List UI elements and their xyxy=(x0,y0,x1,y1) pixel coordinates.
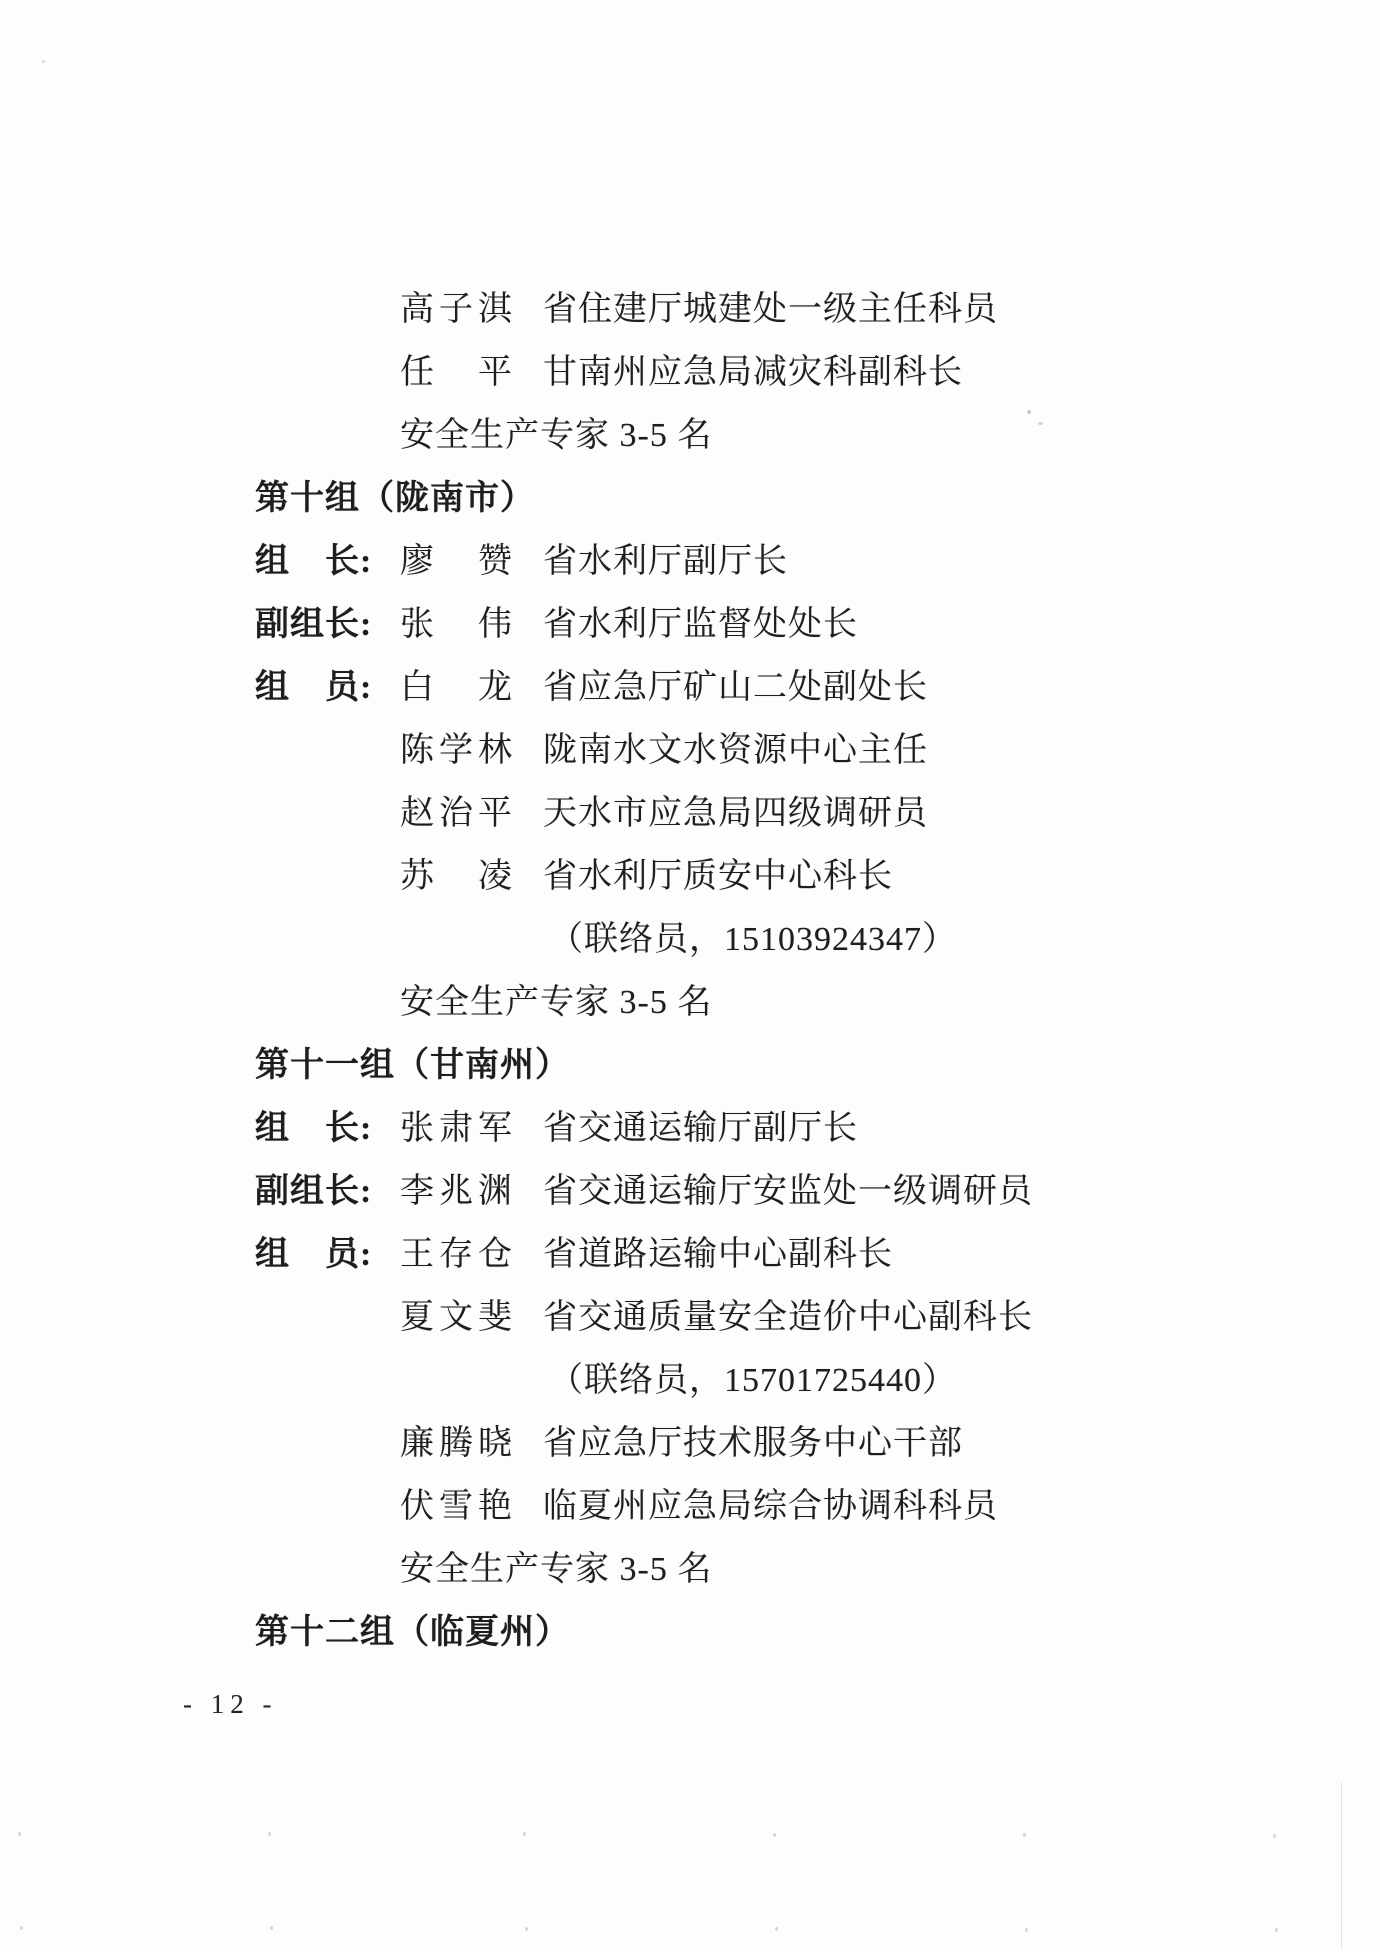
member-line: 赵治平 天水市应急局四级调研员 xyxy=(0,782,1380,845)
deputy-title: 省水利厅监督处处长 xyxy=(543,593,858,656)
member-title: 天水市应急局四级调研员 xyxy=(543,782,928,845)
scan-artifact xyxy=(268,1832,271,1836)
liaison-text: （联络员，15701725440） xyxy=(549,1349,957,1412)
scan-artifact xyxy=(270,1926,273,1930)
scan-artifact xyxy=(775,1927,778,1931)
member-line: 夏文斐 省交通质量安全造价中心副科长 xyxy=(0,1286,1380,1349)
member-line: 高子淇 省住建厅城建处一级主任科员 xyxy=(0,278,1380,341)
member-name: 王存仓 xyxy=(400,1223,512,1286)
group-heading-text: 第十一组（甘南州） xyxy=(255,1034,570,1097)
member-name: 廉腾晓 xyxy=(400,1412,512,1475)
scan-artifact xyxy=(1023,1833,1026,1837)
member-title: 临夏州应急局综合协调科科员 xyxy=(543,1475,998,1538)
leader-title: 省交通运输厅副厅长 xyxy=(543,1097,858,1160)
member-name: 赵治平 xyxy=(400,782,512,845)
scan-artifact xyxy=(1027,410,1031,414)
scan-artifact xyxy=(525,1927,528,1931)
member-title: 省水利厅质安中心科长 xyxy=(543,845,893,908)
scan-artifact xyxy=(1038,422,1043,425)
deputy-name: 张伟 xyxy=(400,593,512,656)
member-name: 苏凌 xyxy=(400,845,512,908)
deputy-line: 副组长: 张伟 省水利厅监督处处长 xyxy=(0,593,1380,656)
member-title: 省交通质量安全造价中心副科长 xyxy=(543,1286,1033,1349)
scan-artifact xyxy=(1025,1928,1028,1932)
member-line: 组 员: 王存仓 省道路运输中心副科长 xyxy=(0,1223,1380,1286)
scan-artifact xyxy=(20,1926,23,1930)
member-name: 陈学林 xyxy=(400,719,512,782)
liaison-text: （联络员，15103924347） xyxy=(549,908,957,971)
member-title: 陇南水文水资源中心主任 xyxy=(543,719,928,782)
liaison-line: （联络员，15103924347） xyxy=(0,908,1380,971)
member-line: 廉腾晓 省应急厅技术服务中心干部 xyxy=(0,1412,1380,1475)
deputy-name: 李兆渊 xyxy=(400,1160,512,1223)
member-name: 夏文斐 xyxy=(400,1286,512,1349)
scan-artifact xyxy=(523,1832,526,1836)
group-heading: 第十一组（甘南州） xyxy=(0,1034,1380,1097)
liaison-line: （联络员，15701725440） xyxy=(0,1349,1380,1412)
experts-line: 安全生产专家 3-5 名 xyxy=(0,404,1380,467)
member-line: 组 员: 白龙 省应急厅矿山二处副处长 xyxy=(0,656,1380,719)
deputy-label: 副组长: xyxy=(255,1160,372,1223)
experts-line: 安全生产专家 3-5 名 xyxy=(0,971,1380,1034)
deputy-title: 省交通运输厅安监处一级调研员 xyxy=(543,1160,1033,1223)
scan-artifact xyxy=(18,1832,21,1836)
group-heading-text: 第十组（陇南市） xyxy=(255,467,535,530)
scan-artifact xyxy=(1275,1928,1278,1932)
leader-name: 廖赞 xyxy=(400,530,512,593)
member-name: 白龙 xyxy=(400,656,512,719)
member-line: 陈学林 陇南水文水资源中心主任 xyxy=(0,719,1380,782)
member-name: 伏雪艳 xyxy=(400,1475,512,1538)
deputy-label: 副组长: xyxy=(255,593,372,656)
member-line: 苏凌 省水利厅质安中心科长 xyxy=(0,845,1380,908)
page-number: - 12 - xyxy=(183,1689,277,1720)
scan-artifact xyxy=(1273,1834,1276,1838)
member-title: 甘南州应急局减灾科副科长 xyxy=(543,341,963,404)
group-heading: 第十二组（临夏州） xyxy=(0,1601,1380,1664)
experts-text: 安全生产专家 3-5 名 xyxy=(400,971,712,1034)
leader-line: 组 长: 张肃军 省交通运输厅副厅长 xyxy=(0,1097,1380,1160)
leader-name: 张肃军 xyxy=(400,1097,512,1160)
document-page: 高子淇 省住建厅城建处一级主任科员 任平 甘南州应急局减灾科副科长 安全生产专家… xyxy=(0,0,1380,1952)
deputy-line: 副组长: 李兆渊 省交通运输厅安监处一级调研员 xyxy=(0,1160,1380,1223)
member-title: 省应急厅技术服务中心干部 xyxy=(543,1412,963,1475)
leader-line: 组 长: 廖赞 省水利厅副厅长 xyxy=(0,530,1380,593)
group-heading-text: 第十二组（临夏州） xyxy=(255,1601,570,1664)
leader-label: 组 长: xyxy=(255,1097,372,1160)
group-heading: 第十组（陇南市） xyxy=(0,467,1380,530)
member-title: 省住建厅城建处一级主任科员 xyxy=(543,278,998,341)
scan-artifact xyxy=(42,60,45,63)
member-title: 省应急厅矿山二处副处长 xyxy=(543,656,928,719)
experts-text: 安全生产专家 3-5 名 xyxy=(400,404,712,467)
experts-line: 安全生产专家 3-5 名 xyxy=(0,1538,1380,1601)
document-body: 高子淇 省住建厅城建处一级主任科员 任平 甘南州应急局减灾科副科长 安全生产专家… xyxy=(0,278,1380,1664)
member-line: 任平 甘南州应急局减灾科副科长 xyxy=(0,341,1380,404)
member-name: 任平 xyxy=(400,341,512,404)
member-line: 伏雪艳 临夏州应急局综合协调科科员 xyxy=(0,1475,1380,1538)
members-label: 组 员: xyxy=(255,656,372,719)
member-title: 省道路运输中心副科长 xyxy=(543,1223,893,1286)
leader-label: 组 长: xyxy=(255,530,372,593)
member-name: 高子淇 xyxy=(400,278,512,341)
scan-artifact xyxy=(773,1833,776,1837)
scan-artifact xyxy=(1341,1782,1342,1950)
experts-text: 安全生产专家 3-5 名 xyxy=(400,1538,712,1601)
leader-title: 省水利厅副厅长 xyxy=(543,530,788,593)
members-label: 组 员: xyxy=(255,1223,372,1286)
